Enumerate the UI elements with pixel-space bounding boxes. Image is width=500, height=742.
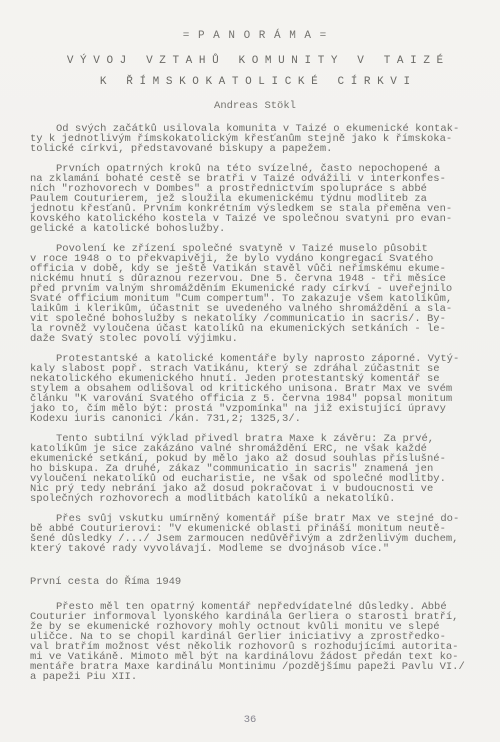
paragraph-6: Přes svůj vskutku umírněný komentář píše… xyxy=(30,514,482,554)
paragraph-7: Přesto měl ten opatrný komentář nepředví… xyxy=(30,602,482,682)
paragraph-3: Povolení ke zřízení společné svatyně v T… xyxy=(30,244,482,344)
document-title-line2: K Ř Í M S K O K A T O L I C K É C Í R K … xyxy=(30,72,480,93)
series-header: = P A N O R Á M A = xyxy=(30,30,480,42)
paragraph-1: Od svých začátků usilovala komunita v Ta… xyxy=(30,124,482,154)
front-matter: = P A N O R Á M A = V Ý V O J V Z T A H … xyxy=(30,30,480,112)
section-heading: První cesta do Říma 1949 xyxy=(30,576,482,588)
paragraph-2: Prvních opatrných kroků na této svízelné… xyxy=(30,164,482,234)
document-page: = P A N O R Á M A = V Ý V O J V Z T A H … xyxy=(0,0,500,742)
paragraph-5: Tento subtilní výklad přivedl bratra Max… xyxy=(30,434,482,504)
document-title-line1: V Ý V O J V Z T A H Ů K O M U N I T Y V … xyxy=(30,51,480,72)
paragraph-4: Protestantské a katolické komentáře byly… xyxy=(30,354,482,424)
page-number: 36 xyxy=(0,714,500,726)
body-text: Od svých začátků usilovala komunita v Ta… xyxy=(30,124,482,682)
author-name: Andreas Stökl xyxy=(30,100,480,112)
